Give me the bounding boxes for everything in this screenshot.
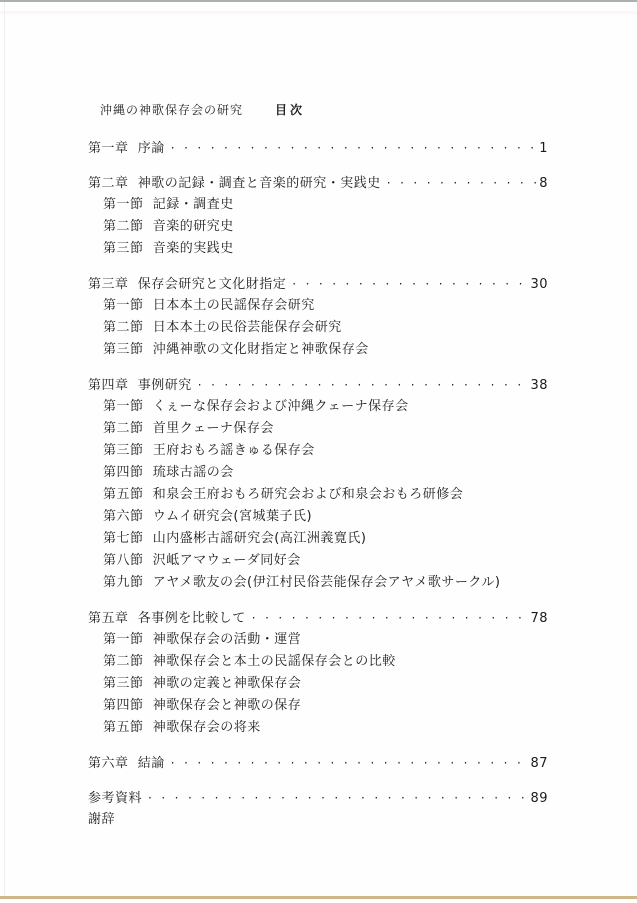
toc-page-number: 78 [530, 608, 548, 630]
toc-entry-label: 第二節 日本本土の民俗芸能保存会研究 [103, 317, 342, 339]
toc-entry-label: 第三章 保存会研究と文化財指定 [88, 274, 286, 296]
toc-section-entry: 第四節 神歌保存会と神歌の保存 [88, 695, 548, 717]
toc-section-entry: 第三節 音楽的実践史 [88, 238, 548, 260]
toc-entry-label: 第三節 神歌の定義と神歌保存会 [103, 673, 301, 695]
toc-section-entry: 第二節 音楽的研究史 [88, 216, 548, 238]
toc-chapter-entry: 第三章 保存会研究と文化財指定·························… [88, 273, 548, 295]
toc-chapter-entry: 参考資料····································… [88, 787, 548, 809]
toc-entry-label: 第二章 神歌の記録・調査と音楽的研究・実践史 [88, 173, 381, 195]
toc-entry-label: 第一節 記録・調査史 [103, 194, 234, 216]
toc-entry-label: 第三節 音楽的実践史 [103, 238, 234, 260]
toc-section-entry: 第五節 神歌保存会の将来 [88, 717, 548, 739]
toc-leader-dots: ········································… [165, 137, 536, 159]
toc-leader-dots: ········································… [286, 273, 530, 295]
toc-section-entry: 第一節 くぇーな保存会および沖縄クェーナ保存会 [88, 396, 548, 418]
toc-leader-dots: ········································… [192, 374, 531, 396]
toc-section-entry: 第六節 ウムイ研究会(宮城葉子氏) [88, 506, 548, 528]
toc-entry-label: 第三節 王府おもろ謡きゅる保存会 [103, 440, 315, 462]
toc-section-entry: 第二節 神歌保存会と本土の民謡保存会との比較 [88, 651, 548, 673]
toc-entry-label: 第四節 琉球古謡の会 [103, 462, 234, 484]
toc-entry-label: 第二節 音楽的研究史 [103, 216, 234, 238]
toc-section-entry: 第五節 和泉会王府おもろ研究会および和泉会おもろ研修会 [88, 484, 548, 506]
toc-section-entry: 第三節 神歌の定義と神歌保存会 [88, 673, 548, 695]
toc-page-number: 87 [530, 753, 548, 775]
toc-chapter-entry: 謝辞 [88, 809, 548, 831]
toc-list: 第一章 序論··································… [88, 137, 548, 831]
toc-section-entry: 第三節 沖縄神歌の文化財指定と神歌保存会 [88, 339, 548, 361]
toc-entry-label: 第二節 神歌保存会と本土の民謡保存会との比較 [103, 651, 396, 673]
toc-leader-dots: ········································… [246, 607, 531, 629]
toc-page-number: 89 [530, 788, 548, 810]
toc-chapter-entry: 第二章 神歌の記録・調査と音楽的研究・実践史··················… [88, 172, 548, 194]
toc-chapter-entry: 第四章 事例研究································… [88, 374, 548, 396]
toc-entry-label: 第一節 日本本土の民謡保存会研究 [103, 295, 315, 317]
toc-entry-label: 第三節 沖縄神歌の文化財指定と神歌保存会 [103, 339, 369, 361]
toc-entry-label: 第五節 神歌保存会の将来 [103, 717, 261, 739]
toc-section-entry: 第一節 日本本土の民謡保存会研究 [88, 295, 548, 317]
toc-page-number: 8 [536, 173, 548, 195]
toc-section-entry: 第七節 山内盛彬古謡研究会(高江洲義寛氏) [88, 528, 548, 550]
toc-chapter-entry: 第五章 各事例を比較して····························… [88, 607, 548, 629]
toc-entry-label: 第四節 神歌保存会と神歌の保存 [103, 695, 301, 717]
toc-entry-label: 第五節 和泉会王府おもろ研究会および和泉会おもろ研修会 [103, 484, 463, 506]
toc-entry-label: 第一節 くぇーな保存会および沖縄クェーナ保存会 [103, 396, 409, 418]
toc-leader-dots: ········································… [142, 787, 530, 809]
toc-entry-label: 第六節 ウムイ研究会(宮城葉子氏) [103, 506, 312, 528]
toc-chapter-entry: 第一章 序論··································… [88, 137, 548, 159]
document-page: 沖縄の神歌保存会の研究目次 第一章 序論····················… [0, 0, 637, 903]
toc-section-entry: 第二節 日本本土の民俗芸能保存会研究 [88, 317, 548, 339]
toc-section-entry: 第八節 沢岻アマウェーダ同好会 [88, 550, 548, 572]
toc-section-entry: 第三節 王府おもろ謡きゅる保存会 [88, 440, 548, 462]
toc-content: 沖縄の神歌保存会の研究目次 第一章 序論····················… [0, 0, 637, 831]
toc-section-entry: 第一節 記録・調査史 [88, 194, 548, 216]
toc-entry-label: 第七節 山内盛彬古謡研究会(高江洲義寛氏) [103, 528, 366, 550]
toc-entry-label: 第九節 アヤメ歌友の会(伊江村民俗芸能保存会アヤメ歌サークル) [103, 572, 501, 594]
toc-page-number: 30 [530, 274, 548, 296]
toc-entry-label: 第一節 神歌保存会の活動・運営 [103, 629, 301, 651]
toc-chapter-entry: 第六章 結論··································… [88, 752, 548, 774]
toc-section-entry: 第九節 アヤメ歌友の会(伊江村民俗芸能保存会アヤメ歌サークル) [88, 572, 548, 594]
toc-page-number: 38 [530, 375, 548, 397]
toc-entry-label: 第二節 首里クェーナ保存会 [103, 418, 274, 440]
document-header: 沖縄の神歌保存会の研究目次 [88, 100, 548, 120]
toc-entry-label: 第五章 各事例を比較して [88, 608, 246, 630]
toc-entry-label: 第四章 事例研究 [88, 375, 192, 397]
toc-entry-label: 第六章 結論 [88, 753, 165, 775]
toc-entry-label: 第八節 沢岻アマウェーダ同好会 [103, 550, 301, 572]
toc-entry-label: 謝辞 [88, 809, 115, 831]
toc-section-entry: 第一節 神歌保存会の活動・運営 [88, 629, 548, 651]
bottom-border-rule [0, 896, 637, 899]
toc-page-number: 1 [536, 138, 548, 160]
toc-section-entry: 第二節 首里クェーナ保存会 [88, 418, 548, 440]
toc-section-entry: 第四節 琉球古謡の会 [88, 462, 548, 484]
toc-heading: 目次 [275, 103, 305, 117]
toc-entry-label: 参考資料 [88, 788, 142, 810]
document-title: 沖縄の神歌保存会の研究 [100, 103, 243, 117]
toc-entry-label: 第一章 序論 [88, 138, 165, 160]
toc-leader-dots: ········································… [381, 172, 536, 194]
toc-leader-dots: ········································… [165, 752, 531, 774]
